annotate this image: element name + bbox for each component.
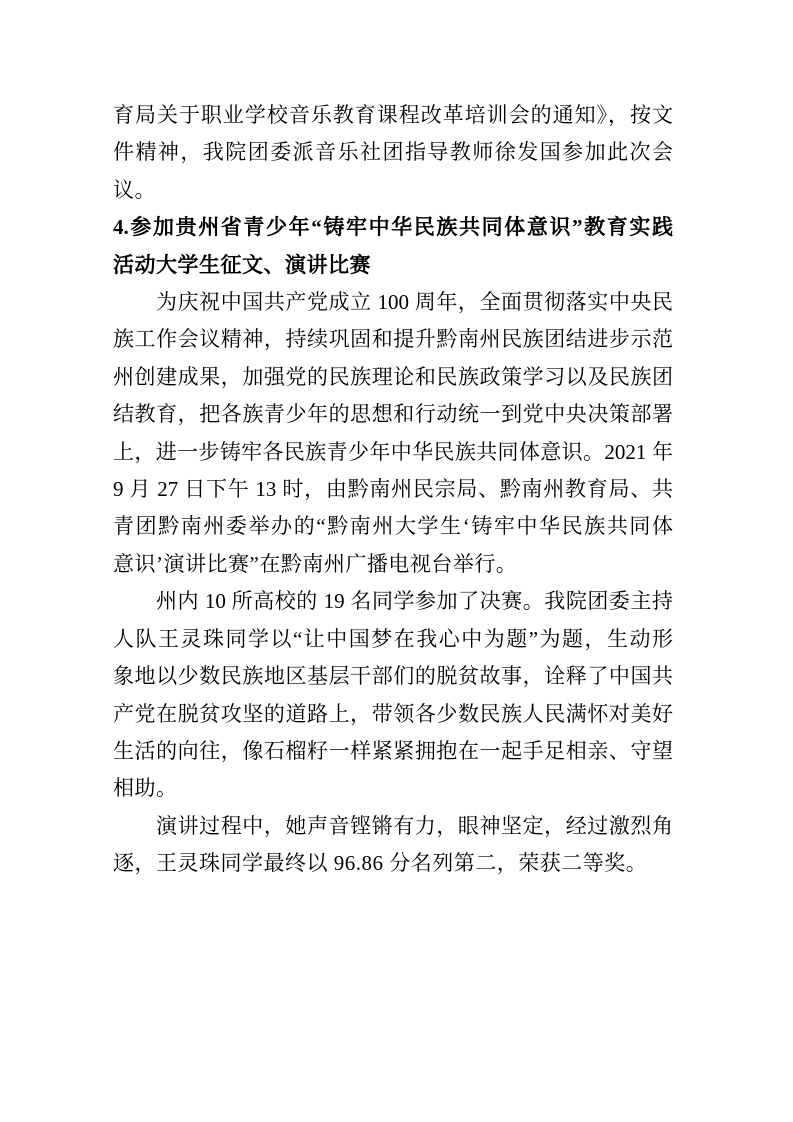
heading-line: 活动大学生征文、演讲比赛: [113, 247, 673, 284]
text-line: 族工作会议精神，持续巩固和提升黔南州民族团结进步示范: [113, 321, 673, 358]
text-line: 演讲过程中，她声音铿锵有力，眼神坚定，经过激烈角: [113, 808, 673, 845]
text-line: 州内 10 所高校的 19 名同学参加了决赛。我院团委主持: [113, 583, 673, 620]
section-heading: 4.参加贵州省青少年“铸牢中华民族共同体意识”教育实践 活动大学生征文、演讲比赛: [113, 209, 673, 284]
text-line: 件精神，我院团委派音乐社团指导教师徐发国参加此次会: [113, 134, 673, 171]
text-line: 结教育，把各族青少年的思想和行动统一到党中央决策部署: [113, 396, 673, 433]
text-line: 生活的向往，像石榴籽一样紧紧拥抱在一起手足相亲、守望: [113, 733, 673, 770]
document-text-block: 育局关于职业学校音乐教育课程改革培训会的通知》，按文 件精神，我院团委派音乐社团…: [113, 97, 673, 883]
text-line: 人队王灵珠同学以“让中国梦在我心中为题”为题，生动形: [113, 621, 673, 658]
text-line: 产党在脱贫攻坚的道路上，带领各少数民族人民满怀对美好: [113, 696, 673, 733]
text-line: 逐，王灵珠同学最终以 96.86 分名列第二，荣获二等奖。: [113, 845, 673, 882]
text-line: 议。: [113, 172, 673, 209]
text-line: 象地以少数民族地区基层干部们的脱贫故事，诠释了中国共: [113, 658, 673, 695]
heading-line: 4.参加贵州省青少年“铸牢中华民族共同体意识”教育实践: [113, 209, 673, 246]
text-line: 为庆祝中国共产党成立 100 周年，全面贯彻落实中央民: [113, 284, 673, 321]
text-line: 9 月 27 日下午 13 时，由黔南州民宗局、黔南州教育局、共: [113, 471, 673, 508]
text-line: 州创建成果，加强党的民族理论和民族政策学习以及民族团: [113, 359, 673, 396]
text-line: 青团黔南州委举办的“黔南州大学生‘铸牢中华民族共同体: [113, 508, 673, 545]
paragraph-body: 州内 10 所高校的 19 名同学参加了决赛。我院团委主持 人队王灵珠同学以“让…: [113, 583, 673, 807]
text-line: 育局关于职业学校音乐教育课程改革培训会的通知》，按文: [113, 97, 673, 134]
document-page: 育局关于职业学校音乐教育课程改革培训会的通知》，按文 件精神，我院团委派音乐社团…: [0, 0, 793, 1122]
text-line: 意识’演讲比赛”在黔南州广播电视台举行。: [113, 546, 673, 583]
paragraph-continuation: 育局关于职业学校音乐教育课程改革培训会的通知》，按文 件精神，我院团委派音乐社团…: [113, 97, 673, 209]
text-line: 相助。: [113, 770, 673, 807]
document-page-background: { "colors": { "page_background": "#fffff…: [0, 0, 793, 1122]
paragraph-body: 演讲过程中，她声音铿锵有力，眼神坚定，经过激烈角 逐，王灵珠同学最终以 96.8…: [113, 808, 673, 883]
text-line: 上，进一步铸牢各民族青少年中华民族共同体意识。2021 年: [113, 434, 673, 471]
paragraph-body: 为庆祝中国共产党成立 100 周年，全面贯彻落实中央民 族工作会议精神，持续巩固…: [113, 284, 673, 583]
